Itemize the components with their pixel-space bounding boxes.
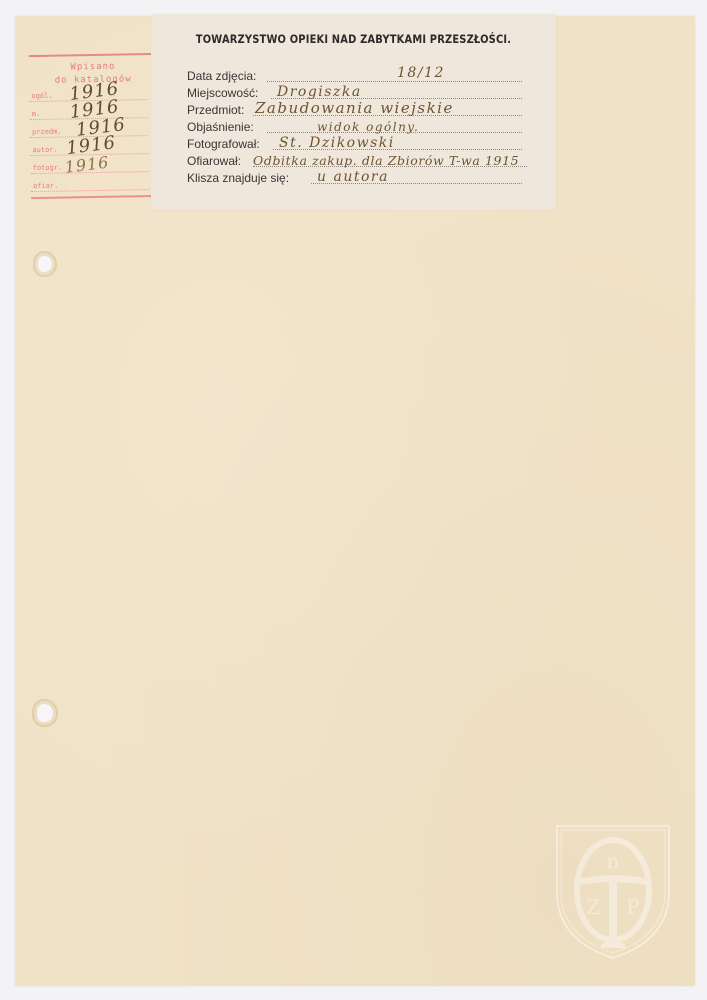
field-label: Objaśnienie: bbox=[187, 120, 254, 134]
catalog-stamp: Wpisano do katalogów ogól. 1916 m. 1916 … bbox=[29, 53, 161, 199]
handwritten-value: widok ogólny. bbox=[317, 120, 419, 134]
handwritten-value: u autora bbox=[317, 169, 389, 185]
society-label-card: TOWARZYSTWO OPIEKI NAD ZABYTKAMI PRZESZŁ… bbox=[151, 14, 556, 210]
stamp-row: autor. 1916 bbox=[30, 139, 148, 156]
handwritten-value: 18/12 bbox=[397, 65, 445, 81]
field-label: Ofiarował: bbox=[187, 154, 241, 168]
stamp-row-label: ofiar. bbox=[33, 182, 58, 190]
stamp-row-label: fotogr. bbox=[33, 164, 63, 173]
field-label: Przedmiot: bbox=[187, 103, 244, 117]
punch-hole-bottom bbox=[37, 704, 53, 722]
field-ofiarowal: Ofiarował: Odbitka zakup. dla Zbiorów T-… bbox=[187, 154, 527, 170]
svg-text:n: n bbox=[607, 849, 620, 873]
card-title: TOWARZYSTWO OPIEKI NAD ZABYTKAMI PRZESZŁ… bbox=[179, 32, 527, 46]
stamp-title-line1: Wpisano bbox=[29, 61, 157, 73]
stamp-row: fotogr. 1916 bbox=[31, 157, 149, 174]
stamp-row-label: przedm. bbox=[32, 128, 62, 137]
handwritten-value: Drogiszka bbox=[277, 84, 362, 100]
ozp-monogram-watermark-icon: n Z P bbox=[553, 822, 673, 962]
stamp-row-label: autor. bbox=[32, 146, 57, 154]
field-fotografowal: Fotografował: St. Dzikowski bbox=[187, 137, 522, 153]
field-klisza: Klisza znajduje się: u autora bbox=[187, 171, 522, 187]
stamp-row-label: m. bbox=[32, 110, 41, 118]
handwritten-value: Odbitka zakup. dla Zbiorów T-wa 1915 bbox=[253, 153, 519, 168]
stamp-row-value: 1916 bbox=[64, 152, 111, 176]
field-label: Miejscowość: bbox=[187, 86, 258, 100]
svg-text:P: P bbox=[626, 895, 639, 919]
stamp-row: ofiar. bbox=[31, 175, 149, 192]
field-data-zdjecia: Data zdjęcia: 18/12 bbox=[187, 69, 522, 85]
svg-text:Z: Z bbox=[586, 895, 600, 919]
handwritten-value: Zabudowania wiejskie bbox=[255, 99, 454, 117]
field-label: Data zdjęcia: bbox=[187, 69, 256, 83]
field-przedmiot: Przedmiot: Zabudowania wiejskie bbox=[187, 103, 522, 119]
dotted-line bbox=[267, 81, 522, 82]
field-label: Klisza znajduje się: bbox=[187, 171, 289, 185]
punch-hole-top bbox=[38, 256, 52, 272]
handwritten-value: St. Dzikowski bbox=[279, 135, 395, 151]
field-label: Fotografował: bbox=[187, 137, 260, 151]
field-objasnienie: Objaśnienie: widok ogólny. bbox=[187, 120, 522, 136]
stamp-row-label: ogól. bbox=[31, 92, 52, 100]
